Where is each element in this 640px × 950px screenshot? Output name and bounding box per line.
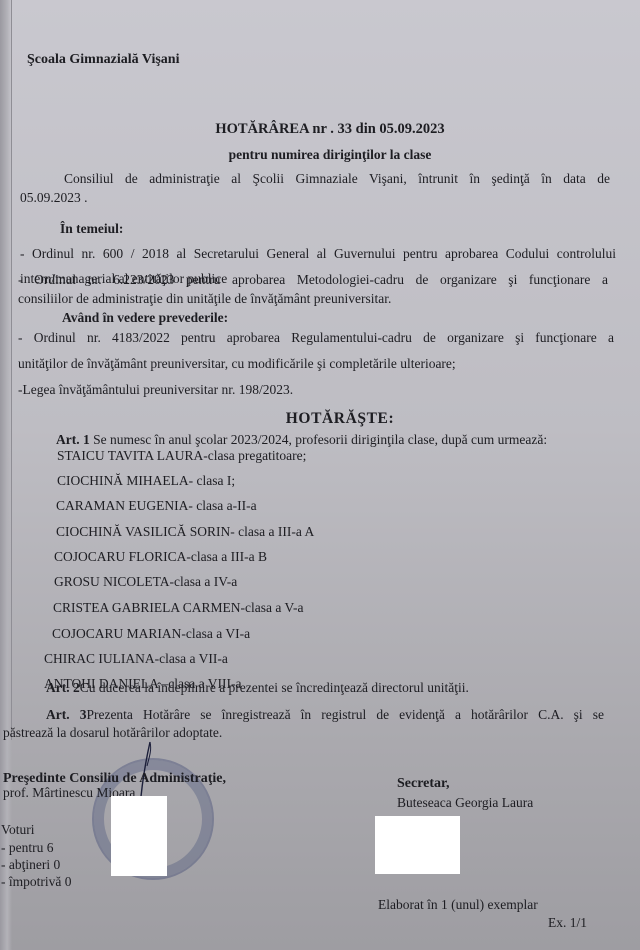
secretary-name: Buteseaca Georgia Laura bbox=[397, 795, 533, 811]
provisions-item-1-line-2: unităţilor de învăţământ preuniversitar,… bbox=[18, 356, 456, 372]
article-1: Art. 1 Se numesc în anul şcolar 2023/202… bbox=[56, 432, 547, 448]
teacher-assignment: CIOCHINĂ MIHAELA- clasa I; bbox=[57, 473, 235, 489]
article-1-label: Art. 1 bbox=[56, 432, 90, 447]
legal-basis-item-1-line-1: - Ordinul nr. 600 / 2018 al Secretarului… bbox=[20, 246, 616, 262]
votes-against: - împotrivă 0 bbox=[1, 874, 72, 890]
teacher-assignment: GROSU NICOLETA-clasa a IV-a bbox=[54, 574, 237, 590]
article-2: Art. 2Cu ducerea la îndeplinire a prezen… bbox=[46, 680, 469, 696]
teacher-assignment: CHIRAC IULIANA-clasa a VII-a bbox=[44, 651, 228, 667]
article-1-text: Se numesc în anul şcolar 2023/2024, prof… bbox=[90, 432, 547, 447]
secretary-title: Secretar, bbox=[397, 776, 449, 792]
redaction-box-president bbox=[111, 796, 167, 876]
legal-basis-item-2-line-2: consiliilor de administraţie din unităţi… bbox=[18, 291, 391, 307]
intro-line-2: 05.09.2023 . bbox=[20, 190, 88, 206]
legal-basis-heading: În temeiul: bbox=[60, 221, 123, 237]
copy-number: Ex. 1/1 bbox=[548, 915, 587, 931]
teacher-assignment: STAICU TAVITA LAURA-clasa pregatitoare; bbox=[57, 448, 306, 464]
votes-heading: Voturi bbox=[1, 822, 35, 838]
article-3-line-2: păstrează la dosarul hotărârilor adoptat… bbox=[3, 725, 222, 741]
decision-title: HOTĂRÂREA nr . 33 din 05.09.2023 bbox=[10, 121, 640, 137]
article-3-line-1: Art. 3Prezenta Hotărâre se înregistrează… bbox=[46, 707, 604, 723]
provisions-heading: Având în vedere prevederile: bbox=[62, 310, 228, 326]
votes-abstentions: - abţineri 0 bbox=[1, 857, 60, 873]
legal-basis-item-2-line-1: - Ordinul nr. 6.223/2023 pentru aprobare… bbox=[18, 272, 608, 288]
decision-heading: HOTĂRĂŞTE: bbox=[20, 411, 640, 427]
teacher-assignment: CIOCHINĂ VASILICĂ SORIN- clasa a III-a A bbox=[56, 524, 314, 540]
article-3-label: Art. 3 bbox=[46, 707, 86, 722]
article-2-label: Art. 2 bbox=[46, 680, 80, 695]
teacher-assignment: COJOCARU FLORICA-clasa a III-a B bbox=[54, 549, 267, 565]
intro-line-1: Consiliul de administraţie al Şcolii Gim… bbox=[20, 171, 610, 187]
teacher-assignment: CRISTEA GABRIELA CARMEN-clasa a V-a bbox=[53, 600, 304, 616]
article-3-text: Prezenta Hotărâre se înregistrează în re… bbox=[86, 707, 604, 722]
redaction-box-secretary bbox=[375, 816, 460, 874]
page-fold-line bbox=[11, 0, 12, 740]
teacher-assignment: COJOCARU MARIAN-clasa a VI-a bbox=[52, 626, 250, 642]
article-2-text: Cu ducerea la îndeplinire a prezentei se… bbox=[80, 680, 469, 695]
votes-for: - pentru 6 bbox=[1, 840, 53, 856]
decision-subtitle: pentru numirea diriginţilor la clase bbox=[10, 147, 640, 163]
teacher-assignment: CARAMAN EUGENIA- clasa a-II-a bbox=[56, 498, 257, 514]
copies-note: Elaborat în 1 (unul) exemplar bbox=[378, 897, 538, 913]
school-name: Şcoala Gimnazială Vişani bbox=[27, 52, 179, 68]
provisions-item-1-line-1: - Ordinul nr. 4183/2022 pentru aprobarea… bbox=[18, 330, 614, 346]
provisions-item-2: -Legea învăţământului preuniversitar nr.… bbox=[18, 382, 293, 398]
